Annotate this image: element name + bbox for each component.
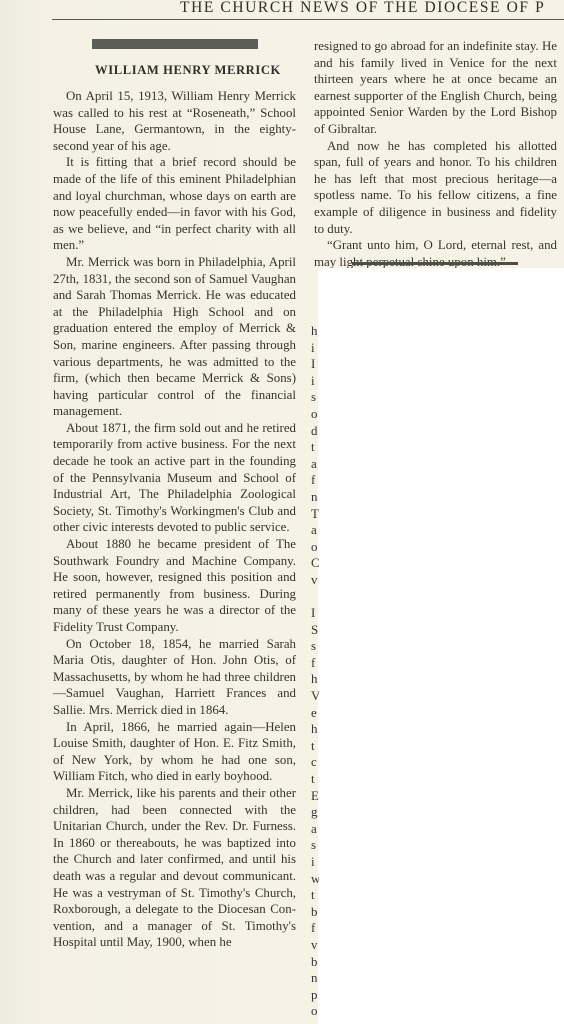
fragment-letter: f bbox=[311, 472, 319, 489]
fragment-letter: o bbox=[311, 406, 319, 423]
fragment-letter: d bbox=[311, 423, 319, 440]
fragment-letter: I bbox=[311, 605, 319, 622]
fragment-letter: w bbox=[311, 871, 319, 888]
fragment-letter: c bbox=[311, 754, 319, 771]
fragment-letter: I bbox=[311, 356, 319, 373]
paragraph: And now he has completed his allotted sp… bbox=[314, 138, 557, 238]
paragraph: About 1871, the firm sold out and he ret… bbox=[53, 420, 296, 536]
fragment-letter: i bbox=[311, 373, 319, 390]
fragment-letter: h bbox=[311, 323, 319, 340]
fragment-letter: t bbox=[311, 439, 319, 456]
paragraph: It is fitting that a brief record should… bbox=[53, 154, 296, 254]
fragment-letter: s bbox=[311, 389, 319, 406]
article-title: WILLIAM HENRY MERRICK bbox=[62, 63, 314, 78]
left-column: On April 15, 1913, William Henry Merrick… bbox=[53, 88, 296, 951]
header-rule bbox=[52, 19, 564, 20]
fragment-letter: S bbox=[311, 622, 319, 639]
fragment-letter: T bbox=[311, 506, 319, 523]
blank-region bbox=[318, 268, 564, 1024]
paragraph: About 1880 he became president of The So… bbox=[53, 536, 296, 636]
paragraph: Mr. Merrick, like his parents and their … bbox=[53, 785, 296, 951]
fragment-letter: i bbox=[311, 854, 319, 871]
fragment-letter: a bbox=[311, 456, 319, 473]
paragraph: On October 18, 1854, he married Sarah Ma… bbox=[53, 636, 296, 719]
fragment-letter: a bbox=[311, 522, 319, 539]
fragment-letter: a bbox=[311, 821, 319, 838]
fragment-letter: o bbox=[311, 539, 319, 556]
fragment-letter: t bbox=[311, 738, 319, 755]
fragment-letter: g bbox=[311, 804, 319, 821]
paragraph-continuation: resigned to go abroad for an indefinite … bbox=[314, 38, 557, 138]
fragment-letter: t bbox=[311, 771, 319, 788]
closing-prayer: “Grant unto him, O Lord, eternal rest, a… bbox=[314, 237, 557, 270]
fragment-letter: i bbox=[311, 340, 319, 357]
paragraph: Mr. Merrick was born in Philadelphia, Ap… bbox=[53, 254, 296, 420]
fragment-letter: b bbox=[311, 904, 319, 921]
fragment-letter: o bbox=[311, 1003, 319, 1020]
fragment-letter: s bbox=[311, 638, 319, 655]
fragment-letter: f bbox=[311, 655, 319, 672]
fragment-letter: V bbox=[311, 688, 319, 705]
paragraph: On April 15, 1913, William Henry Merrick… bbox=[53, 88, 296, 154]
fragment-letter: n bbox=[311, 489, 319, 506]
fragment-letter: b bbox=[311, 954, 319, 971]
fragment-letter: h bbox=[311, 671, 319, 688]
end-rule bbox=[352, 262, 518, 265]
fragment-letter: f bbox=[311, 920, 319, 937]
fragment-letter: h bbox=[311, 721, 319, 738]
running-head: THE CHURCH NEWS OF THE DIOCESE OF P bbox=[180, 0, 564, 16]
fragment-letter: p bbox=[311, 987, 319, 1004]
decorative-bar bbox=[92, 39, 258, 49]
fragment-letter: C bbox=[311, 555, 319, 572]
paragraph: In April, 1866, he married again—Helen L… bbox=[53, 719, 296, 785]
right-column: resigned to go abroad for an indefinite … bbox=[314, 38, 557, 270]
fragment-letter: n bbox=[311, 970, 319, 987]
fragment-letter: t bbox=[311, 887, 319, 904]
fragment-letter: e bbox=[311, 705, 319, 722]
fragment-letter: E bbox=[311, 788, 319, 805]
fragment-letter: s bbox=[311, 837, 319, 854]
fragment-letter bbox=[311, 589, 319, 606]
fragment-letter: v bbox=[311, 937, 319, 954]
fragment-letter: v bbox=[311, 572, 319, 589]
cut-off-column-fragment: hiIisodtafnTaoCvISsfhVehtctEgasiwtbfvbnp… bbox=[311, 323, 319, 1020]
